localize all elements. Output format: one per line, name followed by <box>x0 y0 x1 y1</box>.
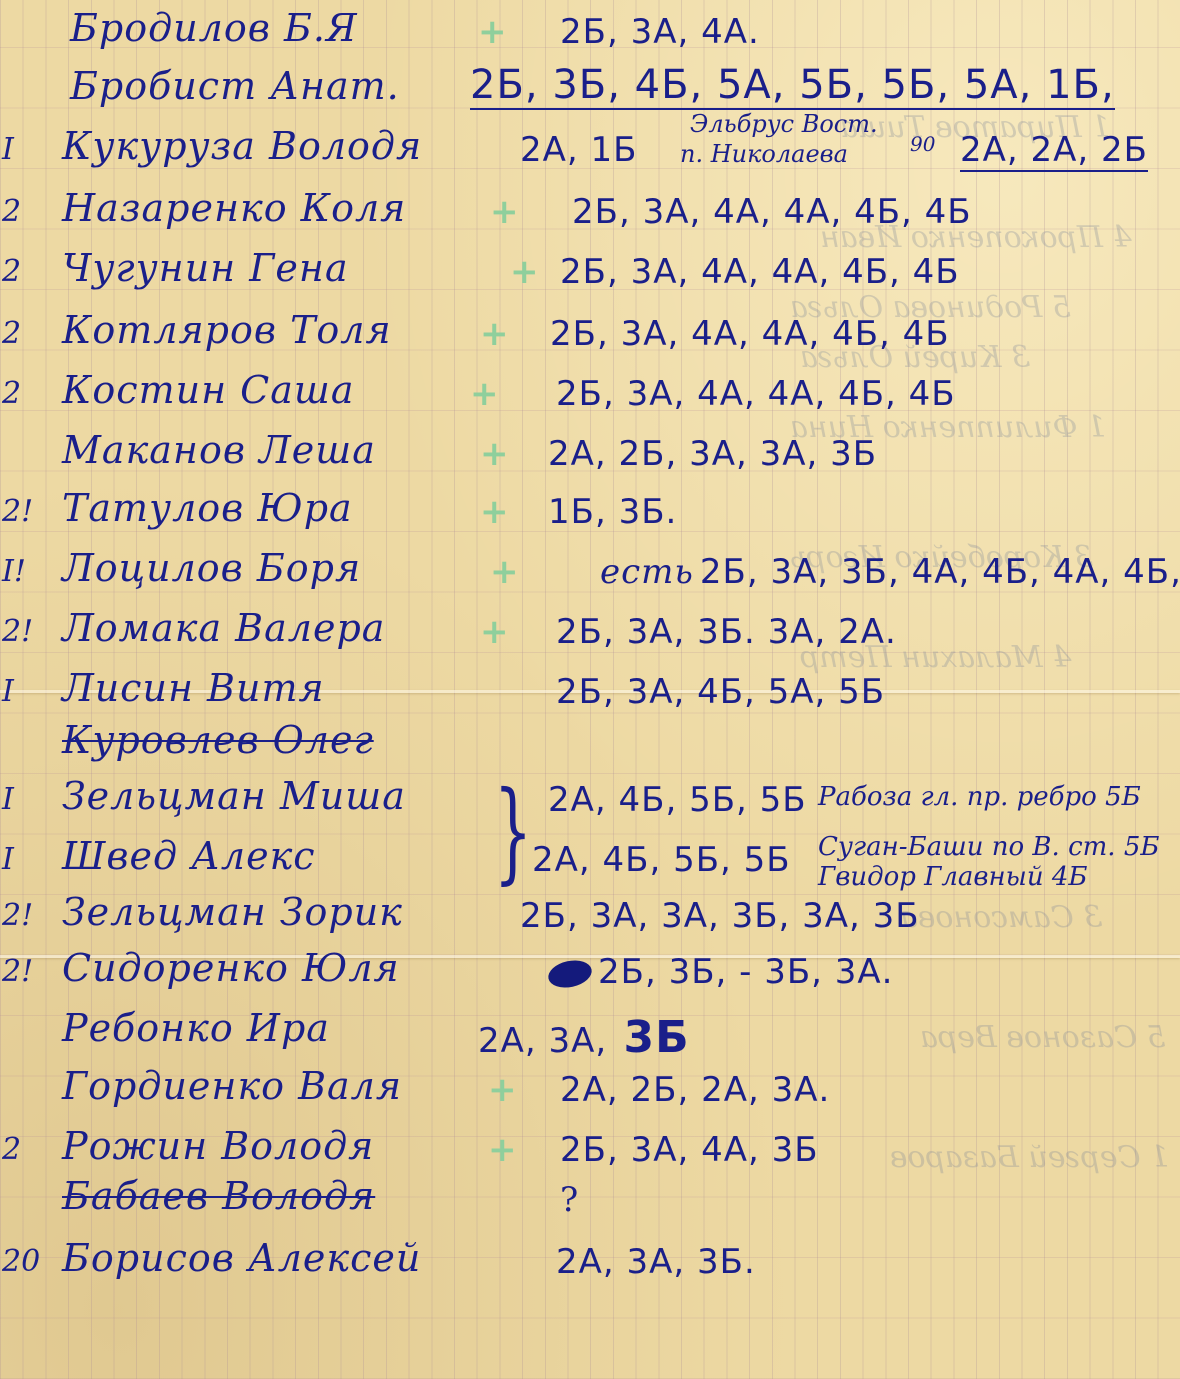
route-list-extra: 2А, 2А, 2Б <box>960 130 1148 172</box>
route-list: 1Б, 3Б. <box>548 492 677 532</box>
list-row: Гордиенко Валя+2А, 2Б, 2А, 3А. <box>0 1058 1180 1118</box>
route-list: 2Б, 3А, 3А, 3Б, 3А, 3Б <box>520 896 920 936</box>
route-list: 2Б, 3А, 4А, 4А, 4Б, 4Б <box>550 314 950 354</box>
route-list: 2А, 2Б, 3А, 3А, 3Б <box>548 434 877 474</box>
route-grades: 2А, 3А, 3Б. <box>556 1242 756 1282</box>
row-mark: 2 <box>2 194 54 229</box>
student-name: Гордиенко Валя <box>62 1064 402 1108</box>
student-name: Куровлев Олег <box>62 718 374 762</box>
student-name: Котляров Толя <box>62 308 392 352</box>
list-row: Ребонко Ира2А, 3А, 3Б <box>0 1000 1180 1060</box>
check-plus-icon: + <box>478 12 507 52</box>
route-grades: 2Б, 3А, 4А, 3Б <box>560 1130 819 1170</box>
list-row: IКукуруза Володя2А, 1БЭльбрус Вост.п. Ни… <box>0 118 1180 178</box>
list-row: 2!Зельцман Зорик2Б, 3А, 3А, 3Б, 3А, 3Б <box>0 884 1180 944</box>
check-plus-icon: + <box>480 612 509 652</box>
route-grades: 2Б, 3А, 4А, 4А, 4Б, 4Б <box>556 374 956 414</box>
group-brace: } <box>494 776 533 886</box>
student-name: Ломака Валера <box>62 606 385 650</box>
route-list: 2Б, 3Б, - 3Б, 3А. <box>548 952 894 992</box>
route-list: 2А, 2Б, 2А, 3А. <box>560 1070 830 1110</box>
student-name: Рожин Володя <box>62 1124 374 1168</box>
row-mark: I <box>2 842 54 877</box>
list-row: 2Назаренко Коля+2Б, 3А, 4А, 4А, 4Б, 4Б <box>0 180 1180 240</box>
student-name: Бабаев Володя <box>62 1174 375 1218</box>
student-name: Борисов Алексей <box>62 1236 421 1280</box>
route-note: Эльбрус Вост. <box>690 110 878 138</box>
route-grades: 2А, 2Б, 2А, 3А. <box>560 1070 830 1110</box>
route-grades: 1Б, 3Б. <box>548 492 677 532</box>
route-list: ? <box>560 1180 579 1220</box>
check-plus-icon: + <box>480 434 509 474</box>
student-name: Лисин Витя <box>62 666 325 710</box>
student-name: Лоцилов Боря <box>62 546 361 590</box>
route-list: 2Б, 3А, 4А, 3Б <box>560 1130 819 1170</box>
student-name: Зельцман Миша <box>62 774 406 818</box>
route-prefix: есть <box>600 552 694 592</box>
route-note-grade: 90 <box>910 132 935 156</box>
student-name: Швед Алекс <box>62 834 316 878</box>
student-name: Татулов Юра <box>62 486 353 530</box>
route-grades: 2А, 3А, <box>478 1021 607 1061</box>
list-row: Бробист Анат.2Б, 3Б, 4Б, 5А, 5Б, 5Б, 5А,… <box>0 58 1180 118</box>
route-list: 2А, 3А, 3Б <box>478 1012 690 1063</box>
list-row: 2!Ломака Валера+2Б, 3А, 3Б. 3А, 2А. <box>0 600 1180 660</box>
route-grades: 2А, 2Б, 3А, 3А, 3Б <box>548 434 877 474</box>
check-plus-icon: + <box>480 314 509 354</box>
list-row: Маканов Леша+2А, 2Б, 3А, 3А, 3Б <box>0 422 1180 482</box>
route-list: 2А, 3А, 3Б. <box>556 1242 756 1282</box>
row-mark: 2! <box>2 614 54 649</box>
route-list: 2Б, 3А, 3Б. 3А, 2А. <box>556 612 897 652</box>
route-note: Рабоза гл. пр. ребро 5Б <box>818 782 1141 812</box>
route-list: 2Б, 3А, 4А, 4А, 4Б, 4Б <box>556 374 956 414</box>
list-row: 2!Сидоренко Юля2Б, 3Б, - 3Б, 3А. <box>0 940 1180 1000</box>
list-row: Куровлев Олег <box>0 712 1180 772</box>
route-grades: ? <box>560 1180 579 1220</box>
ink-blot <box>546 956 594 991</box>
row-mark: 2! <box>2 898 54 933</box>
route-grades: 2А, 1Б <box>520 130 637 170</box>
route-grades: 2Б, 3Б, - 3Б, 3А. <box>598 952 894 992</box>
route-list: 2А, 1Б <box>520 130 637 170</box>
row-mark: 20 <box>2 1244 54 1279</box>
check-plus-icon: + <box>488 1130 517 1170</box>
route-grades: 2Б, 3А, 4А, 4А, 4Б, 4Б <box>560 252 960 292</box>
check-plus-icon: + <box>470 374 499 414</box>
route-note: Суган-Баши по В. ст. 5Б <box>818 832 1159 862</box>
list-row: I!Лоцилов Боря+есть2Б, 3А, 3Б, 4А, 4Б, 4… <box>0 540 1180 600</box>
route-grades: 2Б, 3А, 4А, 4А, 4Б, 4Б <box>550 314 950 354</box>
route-grades: 2А, 4Б, 5Б, 5Б <box>532 840 791 880</box>
row-mark: 2! <box>2 494 54 529</box>
row-mark: I <box>2 782 54 817</box>
row-mark: 2 <box>2 376 54 411</box>
student-name: Чугунин Гена <box>62 246 349 290</box>
row-mark: 2 <box>2 1132 54 1167</box>
route-grades: 2Б, 3А, 3Б, 4А, 4Б, 4А, 4Б, 5А <box>700 552 1180 592</box>
route-grades: 2Б, 3А, 3Б. 3А, 2А. <box>556 612 897 652</box>
list-row: 2Чугунин Гена+2Б, 3А, 4А, 4А, 4Б, 4Б <box>0 240 1180 300</box>
route-grades: 2Б, 3А, 4Б, 5А, 5Б <box>556 672 885 712</box>
list-row: IШвед Алекс2А, 4Б, 5Б, 5БСуган-Баши по В… <box>0 828 1180 888</box>
student-name: Назаренко Коля <box>62 186 406 230</box>
route-grades: 2Б, 3А, 3А, 3Б, 3А, 3Б <box>520 896 920 936</box>
check-plus-icon: + <box>490 552 519 592</box>
route-list: есть2Б, 3А, 3Б, 4А, 4Б, 4А, 4Б, 5А <box>600 552 1180 592</box>
route-grades: 2Б, 3Б, 4Б, 5А, 5Б, 5Б, 5А, 1Б, <box>470 62 1115 108</box>
list-row: 2Костин Саша+2Б, 3А, 4А, 4А, 4Б, 4Б <box>0 362 1180 422</box>
check-plus-icon: + <box>480 492 509 532</box>
student-name: Сидоренко Юля <box>62 946 400 990</box>
route-note: п. Николаева <box>680 140 848 168</box>
row-mark: I <box>2 674 54 709</box>
route-grades: 2Б, 3А, 4А, 4А, 4Б, 4Б <box>572 192 972 232</box>
student-name: Маканов Леша <box>62 428 376 472</box>
list-row: IЛисин Витя2Б, 3А, 4Б, 5А, 5Б <box>0 660 1180 720</box>
row-mark: I! <box>2 554 54 589</box>
route-grades: 2А, 4Б, 5Б, 5Б <box>548 780 807 820</box>
route-grade-emphasized: 3Б <box>607 1012 689 1063</box>
route-list: 2А, 4Б, 5Б, 5Б <box>548 780 807 820</box>
student-name: Ребонко Ира <box>62 1006 330 1050</box>
list-row: Бабаев Володя? <box>0 1168 1180 1228</box>
list-row: 2!Татулов Юра+1Б, 3Б. <box>0 480 1180 540</box>
route-list: 2А, 4Б, 5Б, 5Б <box>532 840 791 880</box>
student-name: Бродилов Б.Я <box>70 6 358 50</box>
student-name: Кукуруза Володя <box>62 124 422 168</box>
row-mark: 2 <box>2 254 54 289</box>
route-list: 2Б, 3А, 4А, 4А, 4Б, 4Б <box>572 192 972 232</box>
student-name: Костин Саша <box>62 368 355 412</box>
list-row: 2Котляров Толя+2Б, 3А, 4А, 4А, 4Б, 4Б <box>0 302 1180 362</box>
check-plus-icon: + <box>488 1070 517 1110</box>
route-list: 2Б, 3Б, 4Б, 5А, 5Б, 5Б, 5А, 1Б, <box>470 62 1115 110</box>
row-mark: I <box>2 132 54 167</box>
list-row: IЗельцман Миша2А, 4Б, 5Б, 5БРабоза гл. п… <box>0 768 1180 828</box>
route-list: 2Б, 3А, 4Б, 5А, 5Б <box>556 672 885 712</box>
route-list: 2Б, 3А, 4А, 4А, 4Б, 4Б <box>560 252 960 292</box>
check-plus-icon: + <box>490 192 519 232</box>
student-name: Бробист Анат. <box>70 64 400 108</box>
route-list: 2Б, 3А, 4А. <box>560 12 760 52</box>
list-row: 20Борисов Алексей2А, 3А, 3Б. <box>0 1230 1180 1290</box>
row-mark: 2! <box>2 954 54 989</box>
route-grades: 2Б, 3А, 4А. <box>560 12 760 52</box>
row-mark: 2 <box>2 316 54 351</box>
list-row: Бродилов Б.Я+2Б, 3А, 4А. <box>0 0 1180 60</box>
student-name: Зельцман Зорик <box>62 890 403 934</box>
check-plus-icon: + <box>510 252 539 292</box>
